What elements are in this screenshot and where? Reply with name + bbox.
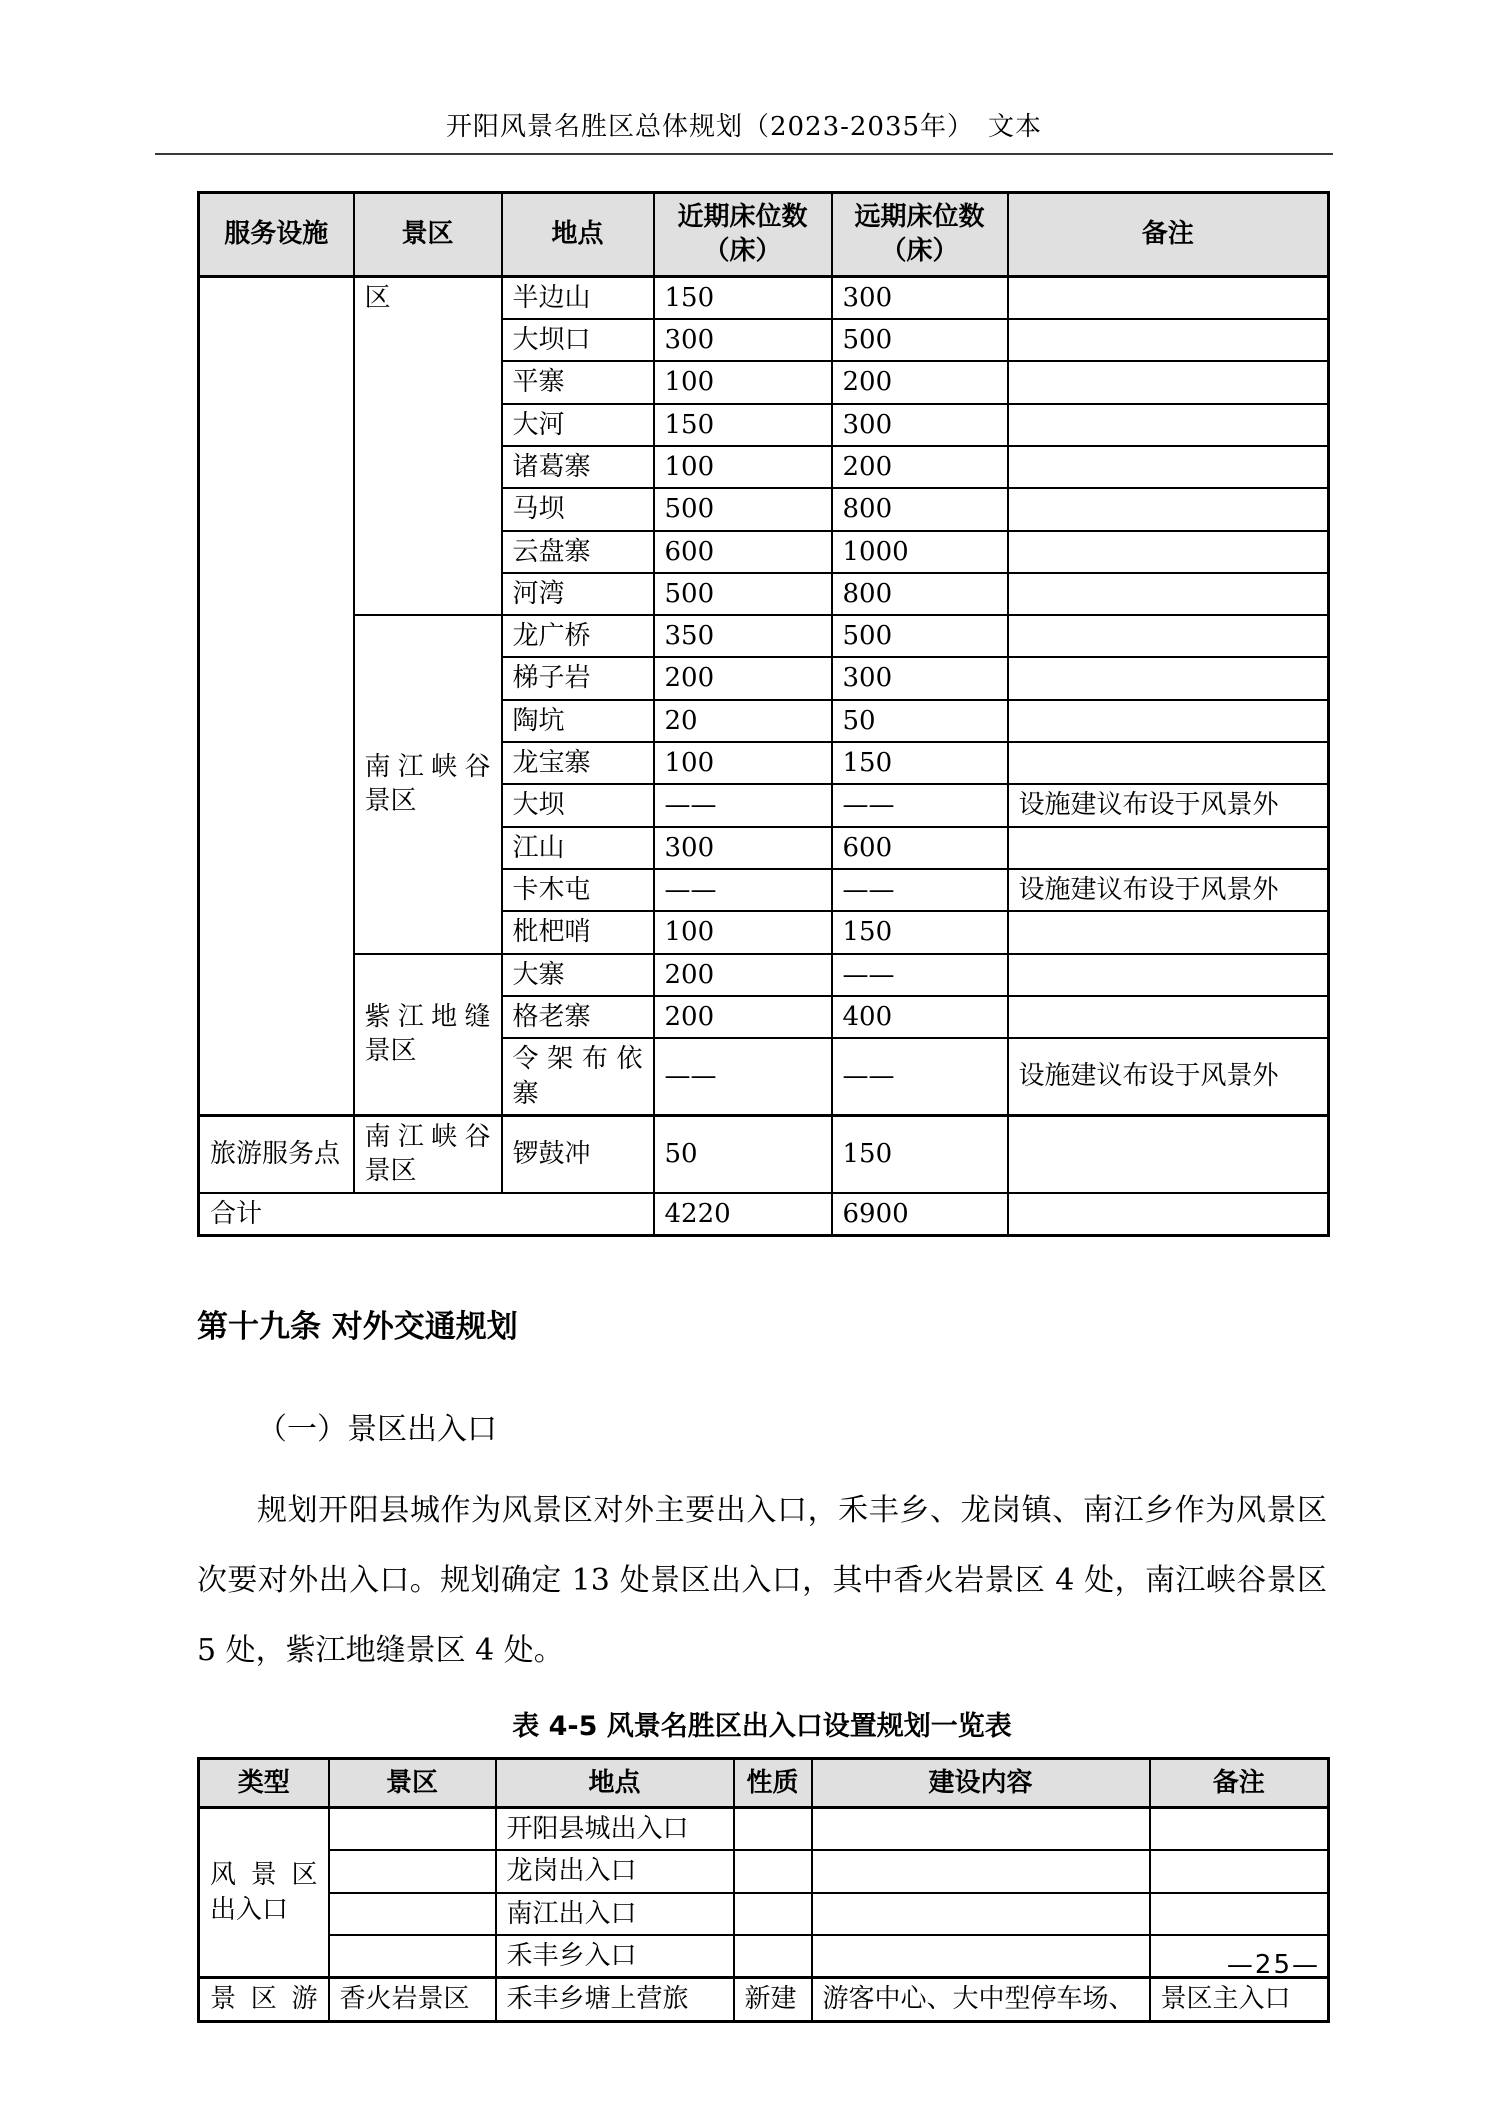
table-cell: 400 (832, 996, 1008, 1038)
table-cell: 景区主入口 (1150, 1978, 1329, 2021)
table-cell: 100 (654, 742, 832, 784)
table-cell: 南江出入口 (496, 1893, 734, 1935)
table-cell: 龙广桥 (502, 615, 654, 657)
header-cell: 服务设施 (199, 193, 354, 277)
table-cell (812, 1808, 1150, 1851)
header-cell: 景区 (329, 1758, 496, 1807)
table-cell: 200 (832, 446, 1008, 488)
table-cell: 150 (832, 742, 1008, 784)
table-cell: 梯子岩 (502, 657, 654, 699)
running-head: 开阳风景名胜区总体规划（2023-2035年） 文本 (155, 106, 1333, 155)
table-cell: 50 (654, 1115, 832, 1192)
table-row: 旅游服务点南江峡谷景区锣鼓冲50150 (199, 1115, 1329, 1192)
header-cell: 备注 (1008, 193, 1329, 277)
table-cell: 南江峡谷景区 (354, 615, 502, 954)
table-cell (329, 1808, 496, 1851)
table-cell (1008, 700, 1329, 742)
entrance-table: 类型景区地点性质建设内容备注风景区出入口开阳县城出入口龙岗出入口南江出入口禾丰乡… (197, 1757, 1330, 2023)
table-cell: 禾丰乡入口 (496, 1935, 734, 1978)
table-row: 风景区出入口开阳县城出入口 (199, 1808, 1329, 1851)
table-cell (1008, 488, 1329, 530)
table-cell: 卡木屯 (502, 869, 654, 911)
header-cell: 建设内容 (812, 1758, 1150, 1807)
table-cell: 区 (354, 276, 502, 615)
header-cell: 远期床位数（床） (832, 193, 1008, 277)
table-cell: 300 (654, 319, 832, 361)
body-paragraph: 规划开阳县城作为风景区对外主要出入口，禾丰乡、龙岗镇、南江乡作为风景区次要对外出… (197, 1476, 1327, 1686)
table-cell: 诸葛寨 (502, 446, 654, 488)
table-cell (734, 1893, 812, 1935)
table-cell: 合计 (199, 1193, 654, 1236)
table-cell: 100 (654, 911, 832, 953)
table-cell: 陶坑 (502, 700, 654, 742)
table-row: 禾丰乡入口 (199, 1935, 1329, 1978)
table-cell: 河湾 (502, 573, 654, 615)
table-cell: 20 (654, 700, 832, 742)
table-cell: 大坝 (502, 784, 654, 826)
table-cell: 600 (832, 827, 1008, 869)
table-cell: 令架布依寨 (502, 1038, 654, 1115)
table-cell (734, 1850, 812, 1892)
table-cell: 500 (654, 488, 832, 530)
table-cell: 6900 (832, 1193, 1008, 1236)
table-cell: —— (654, 869, 832, 911)
table-cell: 半边山 (502, 276, 654, 319)
table-cell (1008, 446, 1329, 488)
table-cell (1008, 573, 1329, 615)
table-cell: 香火岩景区 (329, 1978, 496, 2021)
table-cell (1008, 615, 1329, 657)
table-cell: 4220 (654, 1193, 832, 1236)
table-cell (812, 1935, 1150, 1978)
table-cell: 设施建议布设于风景外 (1008, 869, 1329, 911)
table-cell: 旅游服务点 (199, 1115, 354, 1192)
table-cell (329, 1935, 496, 1978)
table-cell: 新建 (734, 1978, 812, 2021)
table-cell (329, 1893, 496, 1935)
table-cell: —— (832, 954, 1008, 996)
table-cell: 游客中心、大中型停车场、 (812, 1978, 1150, 2021)
header-row: 类型景区地点性质建设内容备注 (199, 1758, 1329, 1807)
table-cell: —— (832, 784, 1008, 826)
table-cell: 大寨 (502, 954, 654, 996)
table-row: 区半边山150300 (199, 276, 1329, 319)
document-title: 开阳风景名胜区总体规划（2023-2035年） 文本 (446, 112, 1042, 142)
entrance-table-caption: 表 4-5 风景名胜区出入口设置规划一览表 (197, 1704, 1327, 1743)
table-cell (1150, 1893, 1329, 1935)
table-cell (329, 1850, 496, 1892)
header-cell: 近期床位数（床） (654, 193, 832, 277)
table-cell (1008, 657, 1329, 699)
table-cell: 龙岗出入口 (496, 1850, 734, 1892)
table-cell: —— (654, 784, 832, 826)
page-number: —25— (1227, 1950, 1320, 1980)
table-cell (1008, 404, 1329, 446)
table-cell: 大坝口 (502, 319, 654, 361)
table-cell (734, 1935, 812, 1978)
table-cell: 200 (832, 361, 1008, 403)
header-cell: 性质 (734, 1758, 812, 1807)
table-cell (1008, 996, 1329, 1038)
table-cell: 300 (832, 404, 1008, 446)
table-cell: 云盘寨 (502, 531, 654, 573)
table-cell: 平寨 (502, 361, 654, 403)
bed-capacity-table: 服务设施景区地点近期床位数（床）远期床位数（床）备注区半边山150300大坝口3… (197, 191, 1330, 1237)
table-cell (1008, 276, 1329, 319)
table-cell: —— (654, 1038, 832, 1115)
table-cell (1008, 911, 1329, 953)
table-cell: 500 (654, 573, 832, 615)
table-cell: —— (832, 1038, 1008, 1115)
table-cell: 枇杷哨 (502, 911, 654, 953)
table-row: 龙岗出入口 (199, 1850, 1329, 1892)
table-cell: 300 (832, 657, 1008, 699)
table-cell (1008, 361, 1329, 403)
table-cell: 紫江地缝景区 (354, 954, 502, 1116)
table-cell (1008, 1193, 1329, 1236)
header-cell: 景区 (354, 193, 502, 277)
table-cell: 150 (654, 404, 832, 446)
table-cell: 1000 (832, 531, 1008, 573)
table-cell (812, 1850, 1150, 1892)
table-cell: 开阳县城出入口 (496, 1808, 734, 1851)
table-cell: 200 (654, 657, 832, 699)
header-row: 服务设施景区地点近期床位数（床）远期床位数（床）备注 (199, 193, 1329, 277)
table-cell: 800 (832, 573, 1008, 615)
table-cell: 350 (654, 615, 832, 657)
table-row: 南江出入口 (199, 1893, 1329, 1935)
table-cell: 龙宝寨 (502, 742, 654, 784)
table-cell: 200 (654, 996, 832, 1038)
table-cell: 锣鼓冲 (502, 1115, 654, 1192)
table-row: 紫江地缝景区大寨200—— (199, 954, 1329, 996)
header-cell: 类型 (199, 1758, 329, 1807)
table-cell: 南江峡谷景区 (354, 1115, 502, 1192)
table-cell (1008, 827, 1329, 869)
header-cell: 地点 (502, 193, 654, 277)
table-cell: 150 (654, 276, 832, 319)
table-cell (1008, 954, 1329, 996)
table-cell: 50 (832, 700, 1008, 742)
table-cell: 300 (654, 827, 832, 869)
table-cell: 景区游 (199, 1978, 329, 2021)
table-cell: 150 (832, 911, 1008, 953)
table-cell: 设施建议布设于风景外 (1008, 784, 1329, 826)
table-cell: 150 (832, 1115, 1008, 1192)
table-cell (1150, 1808, 1329, 1851)
table-cell: —— (832, 869, 1008, 911)
table-cell (1008, 531, 1329, 573)
service-facility-cell (199, 276, 354, 1115)
table-row: 景区游香火岩景区禾丰乡塘上营旅新建游客中心、大中型停车场、景区主入口 (199, 1978, 1329, 2021)
document-page: 开阳风景名胜区总体规划（2023-2035年） 文本 服务设施景区地点近期床位数… (0, 0, 1488, 2104)
header-cell: 备注 (1150, 1758, 1329, 1807)
table-cell: 600 (654, 531, 832, 573)
table-cell: 设施建议布设于风景外 (1008, 1038, 1329, 1115)
table-cell: 500 (832, 319, 1008, 361)
table-cell (1150, 1850, 1329, 1892)
header-cell: 地点 (496, 1758, 734, 1807)
table-cell: 马坝 (502, 488, 654, 530)
table-cell (1008, 742, 1329, 784)
table-cell (734, 1808, 812, 1851)
table-cell: 100 (654, 446, 832, 488)
sub-heading: （一）景区出入口 (197, 1404, 1488, 1448)
table-cell: 300 (832, 276, 1008, 319)
table-row: 南江峡谷景区龙广桥350500 (199, 615, 1329, 657)
table-row: 合计42206900 (199, 1193, 1329, 1236)
table-cell: 800 (832, 488, 1008, 530)
table-cell (1008, 1115, 1329, 1192)
table-cell: 江山 (502, 827, 654, 869)
article-heading: 第十九条 对外交通规划 (197, 1301, 1488, 1346)
table-cell: 200 (654, 954, 832, 996)
table-cell: 100 (654, 361, 832, 403)
table-cell: 风景区出入口 (199, 1808, 329, 1978)
table-cell: 500 (832, 615, 1008, 657)
table-cell: 格老寨 (502, 996, 654, 1038)
table-cell: 大河 (502, 404, 654, 446)
table-cell: 禾丰乡塘上营旅 (496, 1978, 734, 2021)
table-cell (812, 1893, 1150, 1935)
table-cell (1008, 319, 1329, 361)
